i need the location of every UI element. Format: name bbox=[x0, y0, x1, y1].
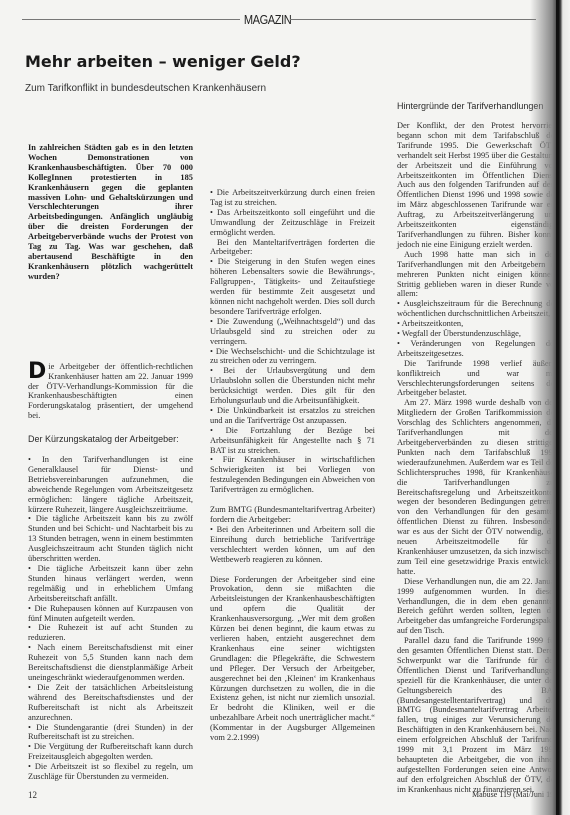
spacer bbox=[210, 495, 375, 505]
paragraph: Bei den Manteltarifverträgen forderten d… bbox=[210, 238, 375, 258]
list-item: • Bei den Arbeiterinnen und Arbeitern so… bbox=[210, 525, 375, 565]
spacer bbox=[210, 565, 375, 575]
intro-text: ie Arbeitgeber der öffentlich-rechtliche… bbox=[28, 362, 193, 421]
article-subtitle: Zum Tarifkonflikt in bundesdeutschen Kra… bbox=[25, 83, 266, 94]
list-item: • Die Zuwendung („Weihnachtsgeld“) und d… bbox=[210, 317, 375, 347]
list-item: • Die Arbeitszeit ist so flexibel zu reg… bbox=[28, 762, 193, 782]
list-item: • Bei der Urlaubsvergütung und dem Urlau… bbox=[210, 366, 375, 406]
paragraph: Zum BMTG (Bundesmanteltarifvertrag Arbei… bbox=[210, 505, 375, 525]
drop-cap: D bbox=[28, 362, 46, 381]
list-item: • Die tägliche Arbeitszeit kann bis zu z… bbox=[28, 514, 193, 564]
book-spine-shadow bbox=[530, 0, 570, 815]
list-item: • Die Zeit der tatsächlichen Arbeitsleis… bbox=[28, 683, 193, 723]
header-rule-left bbox=[22, 19, 240, 20]
list-item: • Die Wechselschicht- und die Schichtzul… bbox=[210, 347, 375, 367]
list-item: • Die tägliche Arbeitszeit kann über zeh… bbox=[28, 564, 193, 604]
column3-heading: Hintergründe der Tarifverhandlungen bbox=[397, 101, 543, 111]
header-rule-right bbox=[290, 19, 536, 20]
list-item: • Das Arbeitszeitkonto soll eingeführt u… bbox=[210, 208, 375, 238]
list-item: • Die Arbeitszeitverkürzung durch einen … bbox=[210, 188, 375, 208]
intro-paragraph: Die Arbeitgeber der öffentlich-rechtlich… bbox=[28, 362, 193, 421]
column-2: • Die Arbeitszeitverkürzung durch einen … bbox=[210, 188, 375, 743]
paragraph: Diese Forderungen der Arbeitgeber sind e… bbox=[210, 575, 375, 743]
spacer bbox=[28, 282, 193, 362]
list-item: • Nach einem Bereitschaftsdienst mit ein… bbox=[28, 643, 193, 683]
column-1: In zahlreichen Städten gab es in den let… bbox=[28, 143, 193, 782]
magazine-page: MAGAZIN Mehr arbeiten – weniger Geld? Zu… bbox=[0, 0, 570, 815]
section-label: MAGAZIN bbox=[244, 12, 288, 27]
list-item: • Die Fortzahlung der Bezüge bei Arbeits… bbox=[210, 426, 375, 456]
list-item: • Die Ruhepausen können auf Kurzpausen v… bbox=[28, 604, 193, 624]
section1-heading: Der Kürzungskatalog der Arbeitgeber: bbox=[28, 435, 193, 445]
article-lead: In zahlreichen Städten gab es in den let… bbox=[28, 143, 193, 282]
list-item: • In den Tarifverhandlungen ist eine Gen… bbox=[28, 455, 193, 514]
article-title: Mehr arbeiten – weniger Geld? bbox=[25, 52, 301, 71]
list-item: • Die Steigerung in den Stufen wegen ein… bbox=[210, 257, 375, 316]
book-spine-edge bbox=[556, 0, 559, 815]
page-number: 12 bbox=[28, 790, 37, 800]
list-item: • Die Vergütung der Rufbereitschaft kann… bbox=[28, 742, 193, 762]
list-item: • Die Ruhezeit ist auf acht Stunden zu r… bbox=[28, 623, 193, 643]
list-item: • Die Unkündbarkeit ist ersatzlos zu str… bbox=[210, 406, 375, 426]
list-item: • Für Krankenhäuser in wirtschaftlichen … bbox=[210, 455, 375, 495]
list-item: • Die Stundengarantie (drei Stunden) in … bbox=[28, 723, 193, 743]
